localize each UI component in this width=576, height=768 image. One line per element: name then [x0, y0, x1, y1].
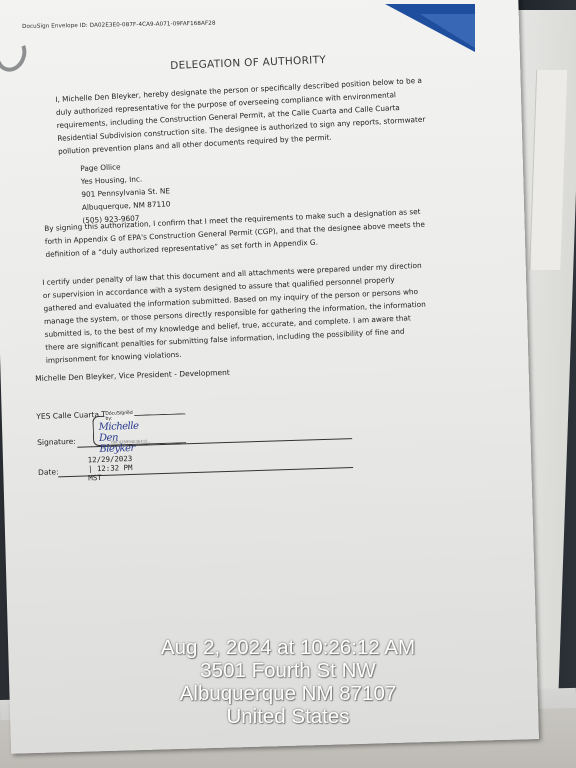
- stamp-city: Albuquerque NM 87107: [0, 682, 576, 705]
- stamp-datetime: Aug 2, 2024 at 10:26:12 AM: [0, 636, 576, 659]
- photo-timestamp-overlay: Aug 2, 2024 at 10:26:12 AM 3501 Fourth S…: [0, 636, 576, 728]
- signed-datetime: 12/29/2023 | 12:32 PM MST: [88, 454, 133, 482]
- date-label: Date:: [38, 467, 59, 477]
- handwritten-signature: Michelle Den Bleyker: [99, 421, 140, 455]
- stamp-country: United States: [0, 705, 576, 728]
- signature-label: Signature:: [37, 437, 76, 447]
- logo-triangle-highlight-icon: [420, 14, 475, 48]
- divider-tab: [529, 70, 567, 270]
- stamp-street: 3501 Fourth St NW: [0, 659, 576, 682]
- paragraph-certification: I certify under penalty of law that this…: [42, 259, 428, 367]
